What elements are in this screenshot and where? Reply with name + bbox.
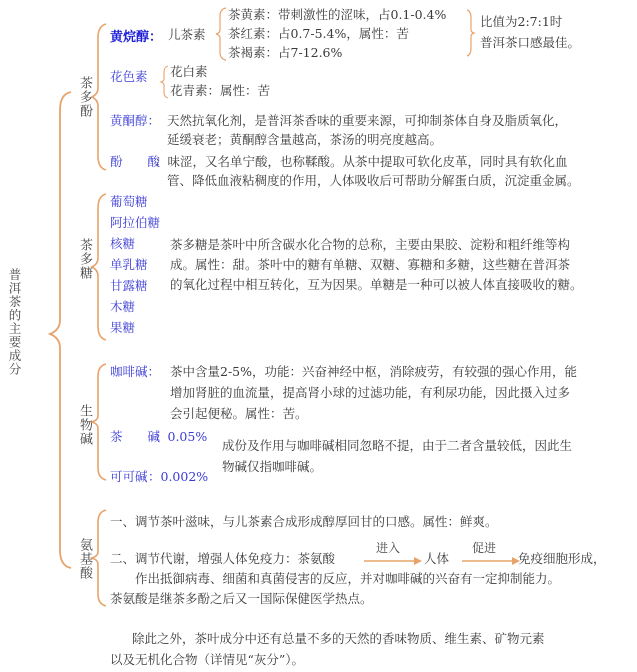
ratio-line1: 比值为2:7:1时 [480, 13, 562, 30]
theaflavin-item: 茶黄素：带刺激性的涩味，占0.1-0.4% [228, 6, 446, 23]
alkaloids-note-line1: 成份及作用与咖啡碱相同忽略不提，由于二者含量较低，因此生 [222, 437, 572, 454]
root-brace [26, 90, 76, 570]
sugar-item: 木糖 [110, 298, 135, 315]
polyphenols-brace [90, 22, 110, 172]
amino-acids-brace [90, 508, 110, 608]
arrow1-label: 进入 [376, 539, 400, 556]
amino-middle: 人体 [424, 550, 449, 567]
sugar-item: 阿拉伯糖 [110, 214, 160, 231]
ratio-line2: 普洱茶口感最佳。 [480, 34, 580, 51]
caffeine-line2: 增加肾脏的血流量，提高肾小球的过滤功能，有利尿功能，因此摄入过多 [170, 384, 570, 401]
anthocyanin-item: 花青素：属性：苦 [170, 82, 270, 99]
theophylline-label: 茶 碱 [110, 428, 160, 445]
arrow2-label: 促进 [472, 539, 496, 556]
catechin-label: 黄烷醇： [110, 26, 162, 45]
polysaccharides-desc-line3: 的氧化过程中相互转化，互为因果。单糖是一种可以被人体直接吸收的糖。 [170, 276, 583, 293]
phenolic-acid-line1: ：味涩，又名单宁酸，也称鞣酸。从茶中提取可软化皮革，同时具有软化血 [155, 153, 568, 170]
anthocyan-label: 花色素 [110, 68, 148, 85]
arrow1-icon [364, 556, 422, 566]
root-title: 普洱茶的主要成分 [5, 268, 23, 376]
leucoanthocyanin-item: 花白素 [170, 63, 208, 80]
phenolic-acid-line2: 管、降低血液粘稠度的作用，人体吸收后可帮助分解蛋白质，沉淀重金属。 [167, 172, 580, 189]
flavonol-line2: 延缓衰老；黄酮醇含量越高，茶汤的明亮度越高。 [167, 131, 442, 148]
amino-point3: 茶氨酸是继茶多酚之后又一国际保健医学热点。 [110, 590, 373, 607]
thearubigin-item: 茶红素：占0.7-5.4%，属性：苦 [228, 25, 409, 42]
theobromine-value: ：0.002% [148, 468, 208, 485]
alkaloids-note-line2: 物碱仅指咖啡碱。 [222, 458, 322, 475]
flavonol-label: 黄酮醇： [110, 112, 160, 129]
polysaccharides-desc-line1: 茶多糖是茶叶中所含碳水化合物的总称，主要由果胶、淀粉和粗纤维等构 [170, 236, 570, 253]
amino-point2-line2: 作出抵御病毒、细菌和真菌侵害的反应，并对咖啡碱的兴奋有一定抑制能力。 [135, 570, 560, 587]
catechin-brace [214, 6, 228, 62]
sugar-item: 葡萄糖 [110, 193, 148, 210]
caffeine-label: 咖啡碱： [110, 363, 160, 380]
theophylline-value: ：0.05% [155, 428, 207, 445]
polysaccharides-brace [90, 192, 110, 342]
catechin-sub: 儿茶素 [168, 26, 206, 43]
footer-line1: 除此之外，茶叶成分中还有总量不多的天然的香味物质、维生素、矿物元素 [132, 630, 545, 647]
phenolic-acid-label: 酚 酸 [110, 153, 160, 170]
sugar-item: 核糖 [110, 235, 135, 252]
ratio-brace [465, 8, 475, 58]
theobromine-label: 可可碱 [110, 468, 148, 485]
caffeine-line1: 茶中含量2-5%，功能：兴奋神经中枢，消除疲劳，有较强的强心作用，能 [170, 363, 577, 380]
theabrownin-item: 茶褐素：占7-12.6% [228, 44, 342, 61]
caffeine-line3: 会引起便秘。属性：苦。 [170, 405, 308, 422]
arrow2-icon [462, 556, 520, 566]
footer-line2: 以及无机化合物（详情见“灰分”）。 [110, 651, 304, 668]
sugar-item: 单乳糖 [110, 256, 148, 273]
flavonol-line1: 天然抗氧化剂，是普洱茶香味的重要来源，可抑制茶体自身及脂质氧化， [167, 112, 567, 129]
polysaccharides-desc-line2: 成。属性：甜。茶叶中的糖有单糖、双糖、寡糖和多糖，这些糖在普洱茶 [170, 256, 570, 273]
alkaloids-brace [90, 362, 110, 482]
amino-point2-end: 免疫细胞形成， [518, 550, 606, 567]
anthocyan-brace [160, 64, 170, 100]
amino-point2-start: 二、调节代谢，增强人体免疫力：茶氨酸 [110, 550, 335, 567]
sugar-item: 甘露糖 [110, 277, 148, 294]
sugar-item: 果糖 [110, 319, 135, 336]
amino-point1: 一、调节茶叶滋味，与儿茶素合成形成醇厚回甘的口感。属性：鲜爽。 [110, 513, 498, 530]
